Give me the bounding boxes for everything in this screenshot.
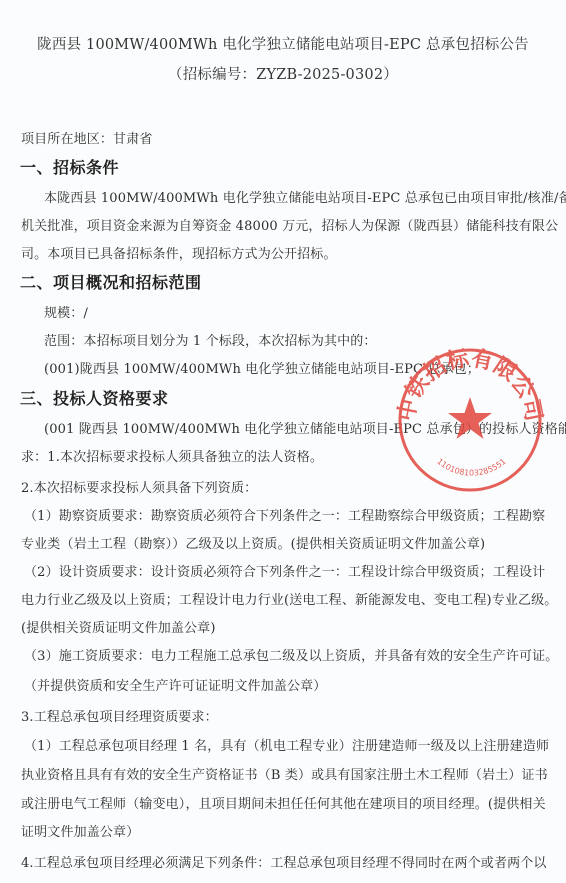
paragraph-line: （并提供资质和安全生产许可证证明文件加盖公章） bbox=[24, 675, 554, 694]
tender-number: （招标编号：ZYZB-2025-0302） bbox=[0, 63, 566, 84]
scale-line: 规模：/ bbox=[44, 302, 566, 321]
paragraph-line: 求：1.本次招标要求投标人须具备独立的法人资格。 bbox=[21, 446, 551, 465]
svg-text:中铁招标有限公司: 中铁招标有限公司 bbox=[395, 345, 545, 423]
lot-line: (001)陇西县 100MW/400MWh 电化学独立储能电站项目-EPC 总承… bbox=[44, 358, 566, 377]
paragraph-line: 司。本项目已具备招标条件，现招标方式为公开招标。 bbox=[21, 243, 551, 262]
document-title: 陇西县 100MW/400MWh 电化学独立储能电站项目-EPC 总承包招标公告 bbox=[0, 33, 566, 54]
paragraph-line: 4.工程总承包项目经理必须满足下列条件：工程总承包项目经理不得同时在两个或者两个… bbox=[21, 852, 551, 871]
paragraph-line: 电力行业乙级及以上资质；工程设计电力行业(送电工程、新能源发电、变电工程)专业乙… bbox=[21, 589, 551, 608]
paragraph-line: 3.工程总承包项目经理资质要求： bbox=[21, 706, 551, 725]
paragraph-line: （1）勘察资质要求：勘察资质必须符合下列条件之一：工程勘察综合甲级资质；工程勘察 bbox=[24, 505, 554, 524]
paragraph-line: （1）工程总承包项目经理 1 名，具有（机电工程专业）注册建造师一级及以上注册建… bbox=[24, 735, 554, 754]
tender-announcement-page: 陇西县 100MW/400MWh 电化学独立储能电站项目-EPC 总承包招标公告… bbox=[0, 0, 566, 883]
paragraph-line: (001 陇西县 100MW/400MWh 电化学独立储能电站项目-EPC 总承… bbox=[44, 418, 566, 437]
paragraph-line: 机关批准，项目资金来源为自筹资金 48000 万元，招标人为保源（陇西县）储能科… bbox=[21, 215, 551, 234]
paragraph-line: （2）设计资质要求：设计资质必须符合下列条件之一：工程设计综合甲级资质；工程设计 bbox=[24, 561, 554, 580]
paragraph-line: （3）施工资质要求：电力工程施工总承包二级及以上资质，并具备有效的安全生产许可证… bbox=[24, 645, 554, 664]
project-region: 项目所在地区：甘肃省 bbox=[21, 128, 551, 147]
stamp-text: 中铁招标有限公司 bbox=[395, 345, 545, 423]
scope-line: 范围：本招标项目划分为 1 个标段，本次招标为其中的： bbox=[44, 330, 566, 349]
paragraph-line: 专业类（岩土工程（勘察））乙级及以上资质。(提供相关资质证明文件加盖公章) bbox=[21, 533, 551, 552]
paragraph-line: 2.本次招标要求投标人须具备下列资质： bbox=[21, 477, 551, 496]
paragraph-line: 或注册电气工程师（输变电），且项目期间未担任任何其他在建项目的项目经理。(提供相… bbox=[21, 793, 551, 812]
paragraph-line: 本陇西县 100MW/400MWh 电化学独立储能电站项目-EPC 总承包已由项… bbox=[44, 187, 566, 206]
paragraph-line: (提供相关资质证明文件加盖公章) bbox=[21, 617, 551, 636]
paragraph-line: 执业资格且具有有效的安全生产资格证书（B 类）或具有国家注册土木工程师（岩土）证… bbox=[21, 764, 551, 783]
paragraph-line: 证明文件加盖公章） bbox=[21, 821, 551, 840]
section-heading-scope: 二、项目概况和招标范围 bbox=[20, 270, 202, 293]
section-heading-qualifications: 三、投标人资格要求 bbox=[20, 386, 169, 409]
section-heading-conditions: 一、招标条件 bbox=[20, 155, 119, 178]
